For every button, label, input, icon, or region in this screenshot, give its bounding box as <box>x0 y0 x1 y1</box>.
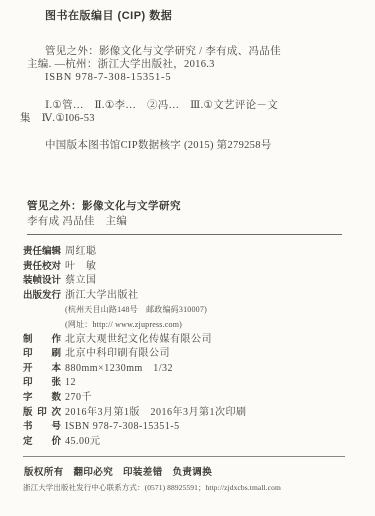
book-copyright-page: 图书在版编目 (CIP) 数据 管见之外：影像文化与文学研究 / 李有成、冯品佳… <box>0 0 375 516</box>
pubinfo-row-designer: 装帧设计蔡立国 <box>23 274 353 289</box>
pubinfo-value: (杭州天目山路148号 邮政编码310007) <box>65 305 207 314</box>
pubinfo-value: 周红聪 <box>65 246 97 257</box>
pubinfo-label: 责任校对 <box>23 260 61 275</box>
divider-top <box>27 234 342 235</box>
cip-header: 图书在版编目 (CIP) 数据 <box>45 9 172 23</box>
pubinfo-label: 版印次 <box>23 406 61 421</box>
pubinfo-row-isbn: 书号ISBN 978-7-308-15351-5 <box>23 420 353 435</box>
pubinfo-value: 2016年3月第1版 2016年3月第1次印刷 <box>65 407 247 418</box>
pubinfo-row-website: (网址：http:// www.zjupress.com) <box>23 318 353 333</box>
pubinfo-label: 责任编辑 <box>23 245 61 260</box>
pubinfo-value: 浙江大学出版社 <box>65 290 139 301</box>
pubinfo-label: 书号 <box>23 420 61 435</box>
pubinfo-value: 12 <box>65 377 76 388</box>
divider-bottom <box>23 456 345 457</box>
pubinfo-row-editor: 责任编辑周红聪 <box>23 245 353 260</box>
pubinfo-value: (网址：http:// www.zjupress.com) <box>65 320 182 329</box>
pubinfo-row-address: (杭州天目山路148号 邮政编码310007) <box>23 303 353 318</box>
pubinfo-row-printer: 印刷北京中科印刷有限公司 <box>23 347 353 362</box>
book-title: 管见之外：影像文化与文学研究 <box>27 199 181 213</box>
pubinfo-value: ISBN 978-7-308-15351-5 <box>65 421 180 432</box>
pubinfo-row-wordcount: 字数270千 <box>23 391 353 406</box>
pubinfo-value: 880mm×1230mm 1/32 <box>65 363 173 374</box>
pubinfo-value: 45.00元 <box>65 436 101 447</box>
pubinfo-label: 出版发行 <box>23 289 61 304</box>
pubinfo-label: 开本 <box>23 362 61 377</box>
cip-classification-line1: Ⅰ.①管… Ⅱ.①李… ②冯… Ⅲ.①文艺评论－文 <box>45 99 278 113</box>
distribution-contact: 浙江大学出版社发行中心联系方式：(0571) 88925591；http://z… <box>23 481 281 495</box>
pubinfo-row-edition: 版印次2016年3月第1版 2016年3月第1次印刷 <box>23 406 353 421</box>
pubinfo-row-sheets: 印张12 <box>23 376 353 391</box>
pubinfo-value: 270千 <box>65 392 92 403</box>
pubinfo-label: 装帧设计 <box>23 274 61 289</box>
pubinfo-row-price: 定价45.00元 <box>23 435 353 450</box>
pubinfo-row-format: 开本880mm×1230mm 1/32 <box>23 362 353 377</box>
publication-info-table: 责任编辑周红聪 责任校对叶 敏 装帧设计蔡立国 出版发行浙江大学出版社 (杭州天… <box>23 245 353 449</box>
pubinfo-label: 定价 <box>23 435 61 450</box>
cip-classification-line2: 集 Ⅳ.①I06-53 <box>20 112 95 126</box>
book-editors: 李有成 冯品佳 主编 <box>27 215 127 229</box>
pubinfo-value: 叶 敏 <box>65 261 97 272</box>
pubinfo-value: 北京大观世纪文化传媒有限公司 <box>65 334 212 345</box>
cip-record-isbn: ISBN 978-7-308-15351-5 <box>45 71 171 85</box>
pubinfo-label: 印刷 <box>23 347 61 362</box>
copyright-notice: 版权所有 翻印必究 印装差错 负责调换 <box>24 466 212 480</box>
pubinfo-value: 北京中科印刷有限公司 <box>65 348 170 359</box>
pubinfo-label: 制作 <box>23 333 61 348</box>
pubinfo-value: 蔡立国 <box>65 275 97 286</box>
pubinfo-label: 字数 <box>23 391 61 406</box>
cip-record-line2: 主编. —杭州：浙江大学出版社，2016.3 <box>27 58 215 72</box>
pubinfo-label: 印张 <box>23 376 61 391</box>
cip-verification-number: 中国版本图书馆CIP数据核字 (2015) 第279258号 <box>45 139 272 153</box>
cip-record-line1: 管见之外：影像文化与文学研究 / 李有成、冯品佳 <box>45 45 281 59</box>
pubinfo-row-proofreader: 责任校对叶 敏 <box>23 260 353 275</box>
pubinfo-row-publisher: 出版发行浙江大学出版社 <box>23 289 353 304</box>
pubinfo-row-production: 制作北京大观世纪文化传媒有限公司 <box>23 333 353 348</box>
